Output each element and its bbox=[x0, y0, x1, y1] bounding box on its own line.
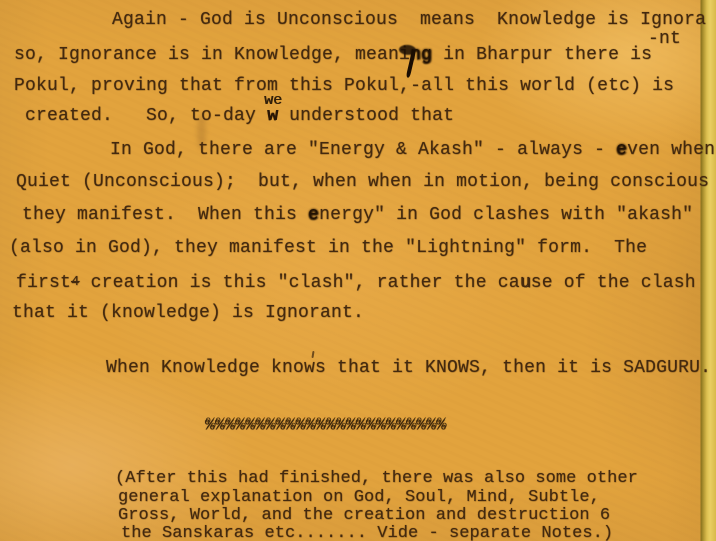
text-line-p1-1: Again - God is Unconscious means Knowled… bbox=[112, 10, 706, 30]
struck-character: 4 bbox=[71, 274, 80, 290]
scanned-typewritten-page: Again - God is Unconscious means Knowled… bbox=[0, 0, 716, 541]
text-segment: first bbox=[16, 273, 71, 293]
text-line-p2-1: In God, there are "Energy & Akash" - alw… bbox=[110, 140, 715, 160]
text-line-p4-3: Gross, World, and the creation and destr… bbox=[118, 507, 610, 525]
text-segment: so, Ignorance is in Knowledge, meani bbox=[14, 45, 410, 65]
paper-edge-seam bbox=[700, 0, 716, 541]
text-line-p2-5: first4 creation is this "clash", rather … bbox=[16, 272, 696, 293]
text-line-p2-2: Quiet (Unconscious); but, when when in m… bbox=[16, 172, 709, 192]
text-segment: created. So, to-day bbox=[25, 106, 267, 126]
text-line-p1-3: Pokul, proving that from this Pokul,-all… bbox=[14, 76, 674, 96]
text-segment: se of the clash bbox=[531, 273, 696, 293]
text-line-p2-4: (also in God), they manifest in the "Lig… bbox=[9, 238, 647, 258]
typed-insertion: wew bbox=[267, 106, 278, 126]
overtyped-text: e bbox=[616, 140, 627, 160]
text-line-p4-1: (After this had finished, there was also… bbox=[115, 470, 638, 488]
text-line-p4-4: the Sanskaras etc....... Vide - separate… bbox=[121, 525, 613, 541]
text-segment: understood that bbox=[278, 106, 454, 126]
text-segment: nergy" in God clashes with "akash" bbox=[319, 205, 693, 225]
text-segment: they manifest. When this bbox=[22, 205, 308, 225]
text-segment: In God, there are "Energy & Akash" - alw… bbox=[110, 140, 616, 160]
text-segment: creation is this "clash", rather the ca bbox=[80, 273, 520, 293]
text-line-p2-3: they manifest. When this energy" in God … bbox=[22, 205, 693, 225]
double-struck-letter: u bbox=[520, 273, 531, 293]
text-line-p4-2: general explanation on God, Soul, Mind, … bbox=[118, 489, 600, 507]
text-line-p2-6: that it (knowledge) is Ignorant. bbox=[12, 303, 364, 323]
inserted-word-we: we bbox=[264, 91, 282, 111]
text-segment: ven when bbox=[627, 140, 715, 160]
text-segment: in Bharpur there is bbox=[432, 45, 652, 65]
typed-percent-divider: %%%%%%%%%%%%%%%%%%%%%%%% bbox=[205, 418, 446, 435]
text-line-p1-carryover: -nt bbox=[648, 29, 681, 49]
text-line-p1-4: created. So, to-day wew understood that bbox=[25, 106, 454, 126]
overtyped-text: e bbox=[308, 205, 319, 225]
text-line-sadguru: When Knowledge knows that it KNOWS, then… bbox=[106, 358, 711, 378]
text-line-p1-2: so, Ignorance is in Knowledge, meaning i… bbox=[14, 45, 652, 65]
